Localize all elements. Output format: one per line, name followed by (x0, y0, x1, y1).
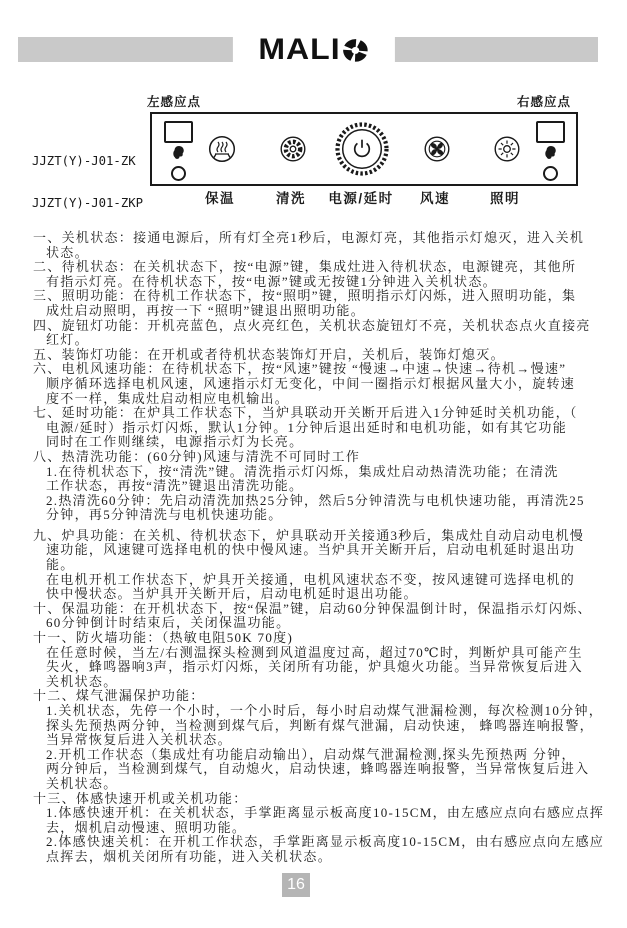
body-line: 1.在待机状态下，按“清洗”键。清洗指示灯闪烁，集成灶启动热清洗功能；在清洗 (33, 465, 613, 480)
body-line: 2.体感快速关机：在开机工作状态，手掌距离显示板高度10-15CM，由右感应点向… (33, 835, 613, 850)
power-delay-label: 电源/延时 (328, 187, 393, 207)
body-line: 同时在工作则继续，电源指示灯为长亮。 (33, 435, 613, 450)
body-line: 两分钟后，当检测到煤气，自动熄火，启动快速，蜂鸣器连响报警，当异常恢复后进入 (33, 762, 613, 777)
light-icon (494, 149, 520, 166)
page-number: 16 (282, 873, 310, 897)
body-line: 当异常恢复后进入关机状态。 (33, 733, 613, 748)
body-line: 有指示灯亮。在待机状态下，按“电源”键或无按键1分钟进入关机状态。 (33, 275, 613, 290)
power-delay-button[interactable] (334, 121, 391, 178)
body-line: 十、保温功能：在开机状态下，按“保温”键，启动60分钟保温倒计时，保温指示灯闪烁… (33, 602, 613, 617)
body-line: 四、旋钮灯功能：开机亮蓝色，点火亮红色，关机状态旋钮灯不亮，关机状态点火直接亮 (33, 319, 613, 334)
power-delay-icon (334, 165, 391, 182)
body-line: 能。 (33, 558, 613, 573)
logo-box: MALI (232, 27, 394, 71)
body-line: 1.体感快速开机：在关机状态，手掌距离显示板高度10-15CM，由左感应点向右感… (33, 806, 613, 821)
body-line: 去，烟机启动慢速、照明功能。 (33, 821, 613, 836)
brand-letters: MALI (258, 32, 340, 66)
brand-logo: MALI (258, 32, 368, 66)
left-sensor-group (163, 121, 193, 181)
body-line: 点挥去，烟机关闭所有功能，进入关机状态。 (33, 850, 613, 865)
clean-label: 清洗 (276, 187, 306, 207)
body-line: 状态。 (33, 246, 613, 261)
body-line: 十一、防火墙功能：（热敏电阻50K 70度) (33, 631, 613, 646)
fan-speed-label: 风速 (420, 187, 450, 207)
hand-gesture-icon (171, 145, 186, 165)
model-numbers: JJZT(Y)-J01-ZK JJZT(Y)-J01-ZKP (32, 126, 143, 238)
body-line: 红灯。 (33, 333, 613, 348)
body-line: 分钟，再5分钟清洗与电机快速功能。 (33, 508, 613, 523)
clean-icon (280, 149, 306, 166)
body-line: 关机状态。 (33, 777, 613, 792)
body-line: 六、电机风速功能：在待机状态下，按“风速”键按 “慢速→中速→快速→待机→慢速” (33, 362, 613, 377)
manual-page: MALI 左感应点 右感应点 JJZT(Y)-J01-ZK JJZT(Y)-J0… (0, 0, 627, 928)
right-sensor-group (535, 121, 565, 181)
left-sensor-dot (171, 166, 186, 181)
body-line: 在电机开机工作状态下，炉具开关接通，电机风速状态不变，按风速键可选择电机的 (33, 573, 613, 588)
light-label: 照明 (490, 187, 520, 207)
body-line: 十三、体感快速开机或关机功能： (33, 792, 613, 807)
body-line: 七、延时功能：在炉具工作状态下，当炉具联动开关断开后进入1分钟延时关机功能，（ (33, 406, 613, 421)
body-line: 工作状态，再按“清洗”键退出清洗功能。 (33, 479, 613, 494)
body-line: 速功能，风速键可选择电机的快中慢风速。当炉具开关断开后，启动电机延时退出功 (33, 543, 613, 558)
keep-warm-icon (208, 150, 236, 167)
model-number: JJZT(Y)-J01-ZKP (32, 196, 143, 210)
body-line: 十二、煤气泄漏保护功能： (33, 689, 613, 704)
body-line: 2.开机工作状态（集成灶有功能启动输出），启动煤气泄漏检测,探头先预热两 分钟， (33, 748, 613, 763)
body-line: 关机状态。 (33, 675, 613, 690)
body-line: 2.热清洗60分钟：先启动清洗加热25分钟，然后5分钟清洗与电机快速功能，再清洗… (33, 494, 613, 509)
body-line: 在任意时候，当左/右测温探头检测到风道温度过高，超过70℃时，判断炉具可能产生 (33, 646, 613, 661)
body-line: 顺序循环选择电机风速，风速指示灯无变化，中间一圈指示灯根据风量大小，旋转速 (33, 377, 613, 392)
body-line: 八、热清洗功能：(60分钟)风速与清洗不可同时工作 (33, 450, 613, 465)
keep-warm-label: 保温 (205, 187, 235, 207)
body-line: 1.关机状态，先停一个小时，一个小时后，每小时启动煤气泄漏检测，每次检测10分钟… (33, 704, 613, 719)
model-number: JJZT(Y)-J01-ZK (32, 154, 143, 168)
body-line: 五、装饰灯功能：在开机或者待机状态装饰灯开启，关机后，装饰灯熄灭。 (33, 348, 613, 363)
body-line: 三、照明功能：在待机工作状态下，按“照明”键，照明指示灯闪烁，进入照明功能，集 (33, 289, 613, 304)
body-line: 成灶启动照明，再按一下 “照明”键退出照明功能。 (33, 304, 613, 319)
right-sensor-label: 右感应点 (517, 92, 571, 110)
light-button[interactable] (494, 136, 520, 162)
keep-warm-button[interactable] (208, 135, 236, 163)
body-line: 度不一样，集成灶启动相应电机输出。 (33, 392, 613, 407)
body-line: 一、关机状态：接通电源后，所有灯全亮1秒后，电源灯亮，其他指示灯熄灭，进入关机 (33, 231, 613, 246)
body-line: 失火，蜂鸣器响3声，指示灯闪烁，关闭所有功能，炉具熄火功能。当异常恢复后进入 (33, 660, 613, 675)
body-line: 探头先预热两分钟，当检测到煤气后，判断有煤气泄漏，启动快速， 蜂鸣器连响报警， (33, 719, 613, 734)
right-sensor-dot (543, 166, 558, 181)
right-sensor-window (536, 121, 565, 143)
fan-speed-button[interactable] (424, 136, 450, 162)
body-text: 一、关机状态：接通电源后，所有灯全亮1秒后，电源灯亮，其他指示灯熄灭，进入关机状… (33, 231, 613, 865)
body-line: 九、炉具功能：在关机、待机状态下，炉具联动开关接通3秒后，集成灶自动启动电机慢 (33, 529, 613, 544)
target-ring-icon (342, 37, 369, 62)
body-line: 60分钟倒计时结束后，关闭保温功能。 (33, 616, 613, 631)
hand-gesture-icon (543, 145, 558, 165)
clean-button[interactable] (280, 136, 306, 162)
body-line: 电源/延时）指示灯闪烁，默认1分钟。1分钟后退出延时和电机功能，如有其它功能 (33, 421, 613, 436)
control-panel (150, 112, 578, 186)
left-sensor-label: 左感应点 (147, 92, 201, 110)
body-line: 快中慢状态。当炉具开关断开后，启动电机延时退出功能。 (33, 587, 613, 602)
left-sensor-window (164, 121, 193, 143)
fan-speed-icon (424, 149, 450, 166)
body-line: 二、待机状态：在关机状态下，按“电源”键，集成灶进入待机状态，电源键亮，其他所 (33, 260, 613, 275)
